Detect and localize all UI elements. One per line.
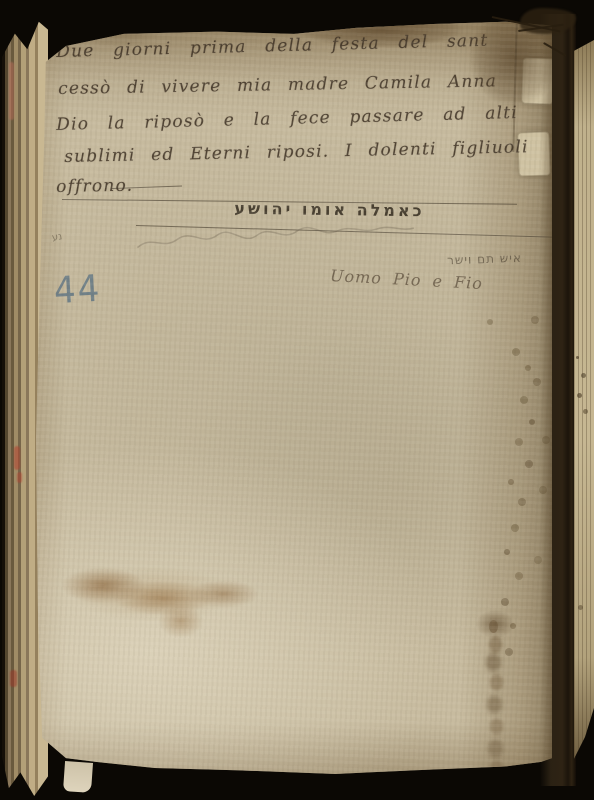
mold-speckles xyxy=(36,18,40,22)
pencil-scrawl xyxy=(132,214,433,256)
handwritten-line-5: offrono. xyxy=(56,176,133,197)
crease-line xyxy=(512,24,517,152)
pen-rule-dash xyxy=(112,186,182,190)
page-bottom-tab xyxy=(63,761,93,793)
folio-number: 44 xyxy=(53,267,102,313)
red-edge-mark xyxy=(14,446,20,470)
stain-top-blotch xyxy=(286,18,476,70)
stain-top-left xyxy=(76,18,166,48)
red-edge-mark xyxy=(10,670,17,687)
handwritten-line-2: cessò di vivere mia madre Camila Anna xyxy=(58,71,497,99)
hebrew-headline: כאמלה אומו יהושע xyxy=(222,198,437,220)
stain-gutter-top xyxy=(450,18,554,158)
red-edge-mark xyxy=(17,472,22,483)
pen-rule-upper xyxy=(62,199,517,205)
red-edge-mark xyxy=(9,62,14,120)
manuscript-page: Due giorni prima della festa del sant ce… xyxy=(36,18,552,774)
hebrew-note: איש תם וישר xyxy=(336,251,522,271)
pencil-abbreviation: נע xyxy=(51,231,63,244)
fore-edge-speckles xyxy=(576,356,579,359)
gutter-fold xyxy=(540,14,576,786)
stain-blotch-bottom-left xyxy=(56,560,271,645)
handwritten-line-1: Due giorni prima della festa del sant xyxy=(56,31,489,62)
manuscript-scan: Due giorni prima della festa del sant ce… xyxy=(0,0,594,800)
pen-rule-lower xyxy=(136,225,554,238)
stain-drip xyxy=(489,620,498,633)
fore-edge-strip xyxy=(574,40,594,766)
stain-top-band xyxy=(36,18,552,82)
italian-note: Uomo Pio e Fio xyxy=(330,266,484,293)
stain-drip-head xyxy=(476,610,514,638)
handwritten-line-4: sublimi ed Eterni riposi. I dolenti figl… xyxy=(64,137,529,167)
handwritten-line-3: Dio la riposò e la fece passare ad alti xyxy=(56,103,518,135)
